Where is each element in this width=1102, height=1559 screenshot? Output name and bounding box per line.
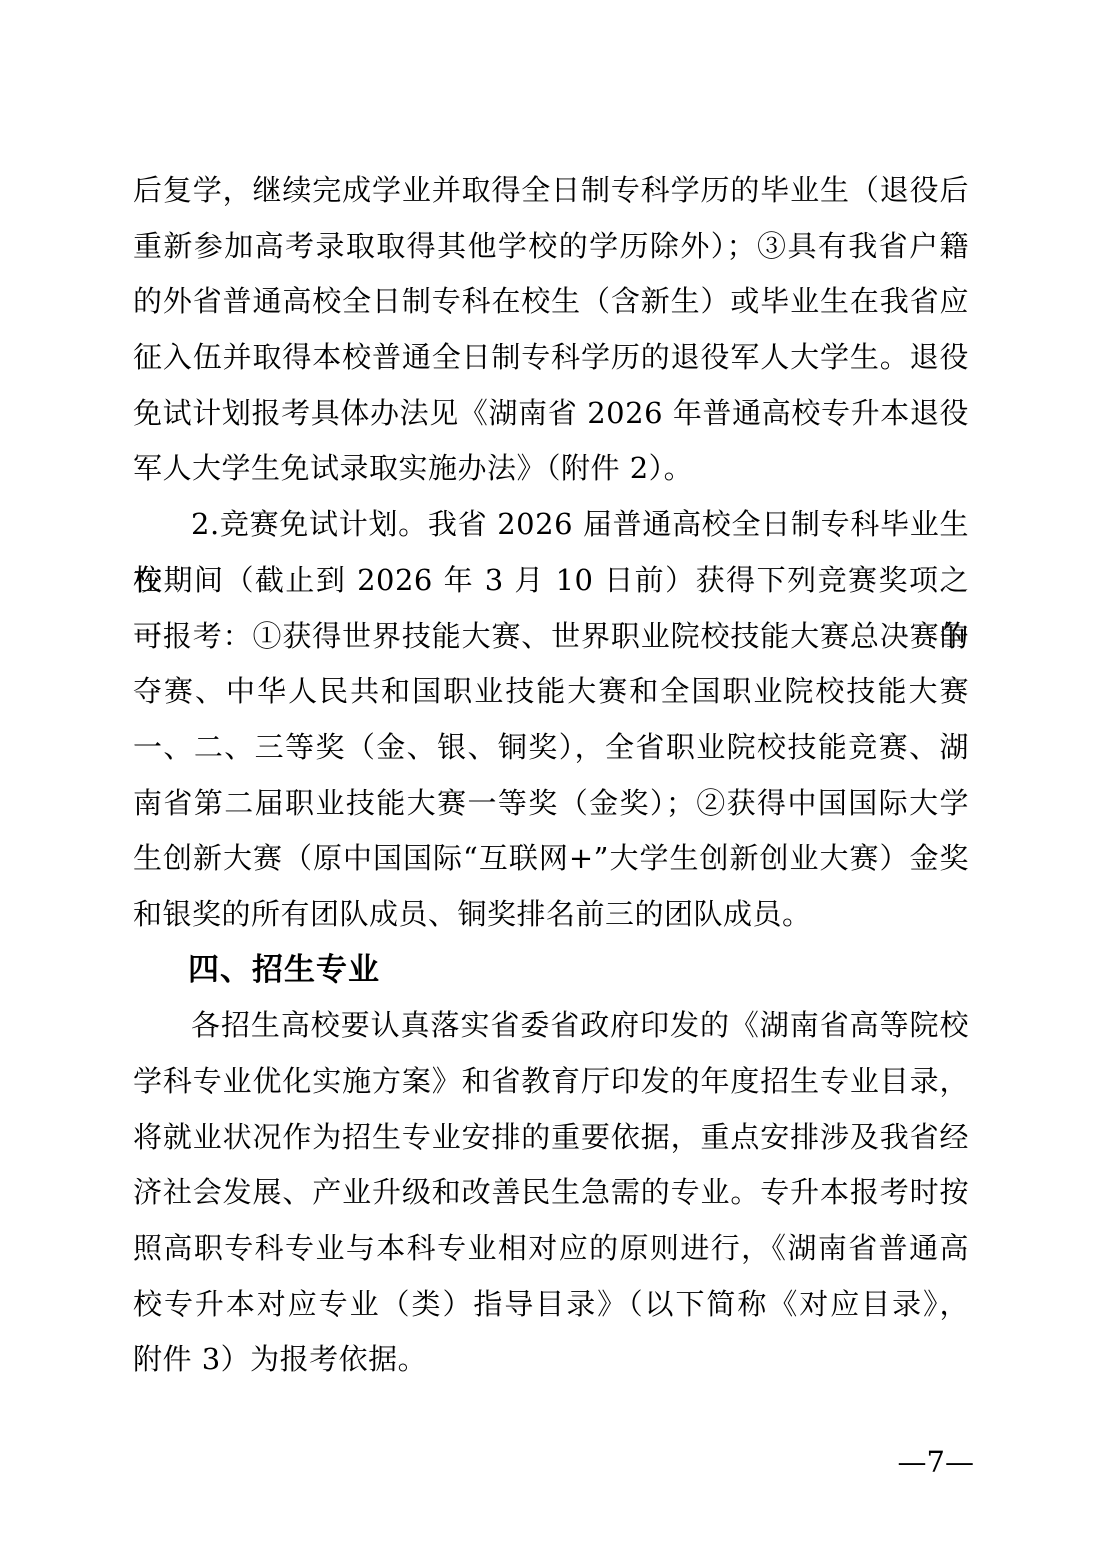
text-line: 夺赛、中华人民共和国职业技能大赛和全国职业院校技能大赛 [133,664,969,720]
text-line: 重新参加高考录取取得其他学校的学历除外）；③具有我省户籍 [133,219,969,275]
text-line: 南省第二届职业技能大赛一等奖（金奖）；②获得中国国际大学 [133,776,969,832]
text-line: 照高职专科专业与本科专业相对应的原则进行，《湖南省普通高 [133,1221,969,1277]
page-number: —7— [898,1445,974,1479]
paragraph: 各招生高校要认真落实省委省政府印发的《湖南省高等院校 学科专业优化实施方案》和省… [133,998,969,1388]
text-line: 2.竞赛免试计划。我省 2026 届普通高校全日制专科毕业生在 [133,497,969,553]
text-line: 军人大学生免试录取实施办法》（附件 2）。 [133,441,969,497]
text-line: 可报考：①获得世界技能大赛、世界职业院校技能大赛总决赛争 [133,609,969,665]
text-line: 济社会发展、产业升级和改善民生急需的专业。专升本报考时按 [133,1165,969,1221]
text-line: 免试计划报考具体办法见《湖南省 2026 年普通高校专升本退役 [133,386,969,442]
section-heading: 四、招生专业 [133,943,969,999]
text-line: 校期间（截止到 2026 年 3 月 10 日前）获得下列竞赛奖项之一的 [133,553,969,609]
text-line: 附件 3）为报考依据。 [133,1332,969,1388]
text-line: 的外省普通高校全日制专科在校生（含新生）或毕业生在我省应 [133,274,969,330]
text-line: 学科专业优化实施方案》和省教育厅印发的年度招生专业目录， [133,1054,969,1110]
text-line: 一、二、三等奖（金、银、铜奖），全省职业院校技能竞赛、湖 [133,720,969,776]
text-line: 将就业状况作为招生专业安排的重要依据，重点安排涉及我省经 [133,1110,969,1166]
text-line: 生创新大赛（原中国国际“互联网+”大学生创新创业大赛）金奖 [133,831,969,887]
text-line: 各招生高校要认真落实省委省政府印发的《湖南省高等院校 [133,998,969,1054]
document-body: 后复学，继续完成学业并取得全日制专科学历的毕业生（退役后 重新参加高考录取取得其… [133,163,969,1388]
document-page: 后复学，继续完成学业并取得全日制专科学历的毕业生（退役后 重新参加高考录取取得其… [0,0,1102,1559]
paragraph: 后复学，继续完成学业并取得全日制专科学历的毕业生（退役后 重新参加高考录取取得其… [133,163,969,497]
text-line: 校专升本对应专业（类）指导目录》（以下简称《对应目录》， [133,1277,969,1333]
text-line: 后复学，继续完成学业并取得全日制专科学历的毕业生（退役后 [133,163,969,219]
paragraph: 2.竞赛免试计划。我省 2026 届普通高校全日制专科毕业生在 校期间（截止到 … [133,497,969,943]
text-line: 征入伍并取得本校普通全日制专科学历的退役军人大学生。退役 [133,330,969,386]
text-line: 和银奖的所有团队成员、铜奖排名前三的团队成员。 [133,887,969,943]
